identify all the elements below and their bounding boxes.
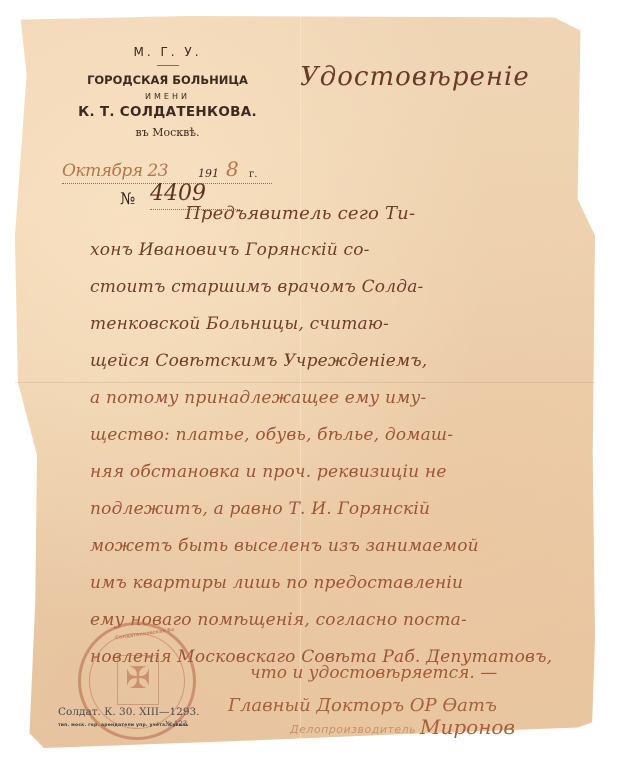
body-line: а потому принадлежащее ему иму-: [90, 380, 595, 417]
body-line: щество: платье, обувь, бѣлье, домаш-: [90, 417, 595, 454]
body-line: щейся Совѣтскимъ Учрежденіемъ,: [90, 343, 595, 380]
printer-number: № 123: [165, 720, 187, 728]
body-line: подлежитъ, а равно Т. И. Горянскій: [90, 491, 595, 528]
body-line: Предъявитель сего Ти-: [90, 195, 595, 232]
body-line: няя обстановка и проч. реквизиціи не: [90, 454, 595, 491]
body-line: имъ квартиры лишь по предоставленіи: [90, 565, 595, 602]
handwritten-year-digit: 8: [226, 157, 239, 181]
year-suffix: г.: [249, 169, 257, 180]
org-abbreviation: М. Г. У.: [60, 45, 275, 59]
named-after-label: ИМЕНИ: [60, 92, 275, 101]
printed-year-prefix: 191: [198, 167, 219, 180]
document-title: Удостовѣреніе: [300, 62, 530, 92]
letterhead-rule: [157, 65, 179, 66]
clerk-signature: Миронов: [420, 715, 515, 739]
hospital-patron-name: К. Т. СОЛДАТЕНКОВА.: [60, 104, 275, 120]
chief-doctor-signature: Главный Докторъ ОР Ѳатъ: [228, 695, 497, 716]
body-line: можетъ быть выселенъ изъ занимаемой: [90, 528, 595, 565]
body-line: стоитъ старшимъ врачомъ Солда-: [90, 269, 595, 306]
coat-of-arms-icon: ✠: [117, 655, 159, 705]
hospital-city: въ Москвѣ.: [60, 126, 275, 139]
handwritten-date: Октября 23: [62, 161, 168, 181]
document-body: Предъявитель сего Ти- хонъ Ивановичъ Гор…: [145, 195, 595, 676]
print-code: Солдат. К. 30. XIII—1293.: [58, 706, 200, 718]
letterhead: М. Г. У. ГОРОДСКАЯ БОЛЬНИЦА ИМЕНИ К. Т. …: [60, 45, 275, 139]
body-line: хонъ Ивановичъ Горянскій со-: [90, 232, 595, 269]
closing-line: что и удостовѣряется. —: [250, 663, 497, 683]
body-line: тенковской Больницы, считаю-: [90, 306, 595, 343]
hospital-name: ГОРОДСКАЯ БОЛЬНИЦА: [60, 73, 275, 87]
clerk-label: Делопроизводитель: [290, 723, 416, 736]
